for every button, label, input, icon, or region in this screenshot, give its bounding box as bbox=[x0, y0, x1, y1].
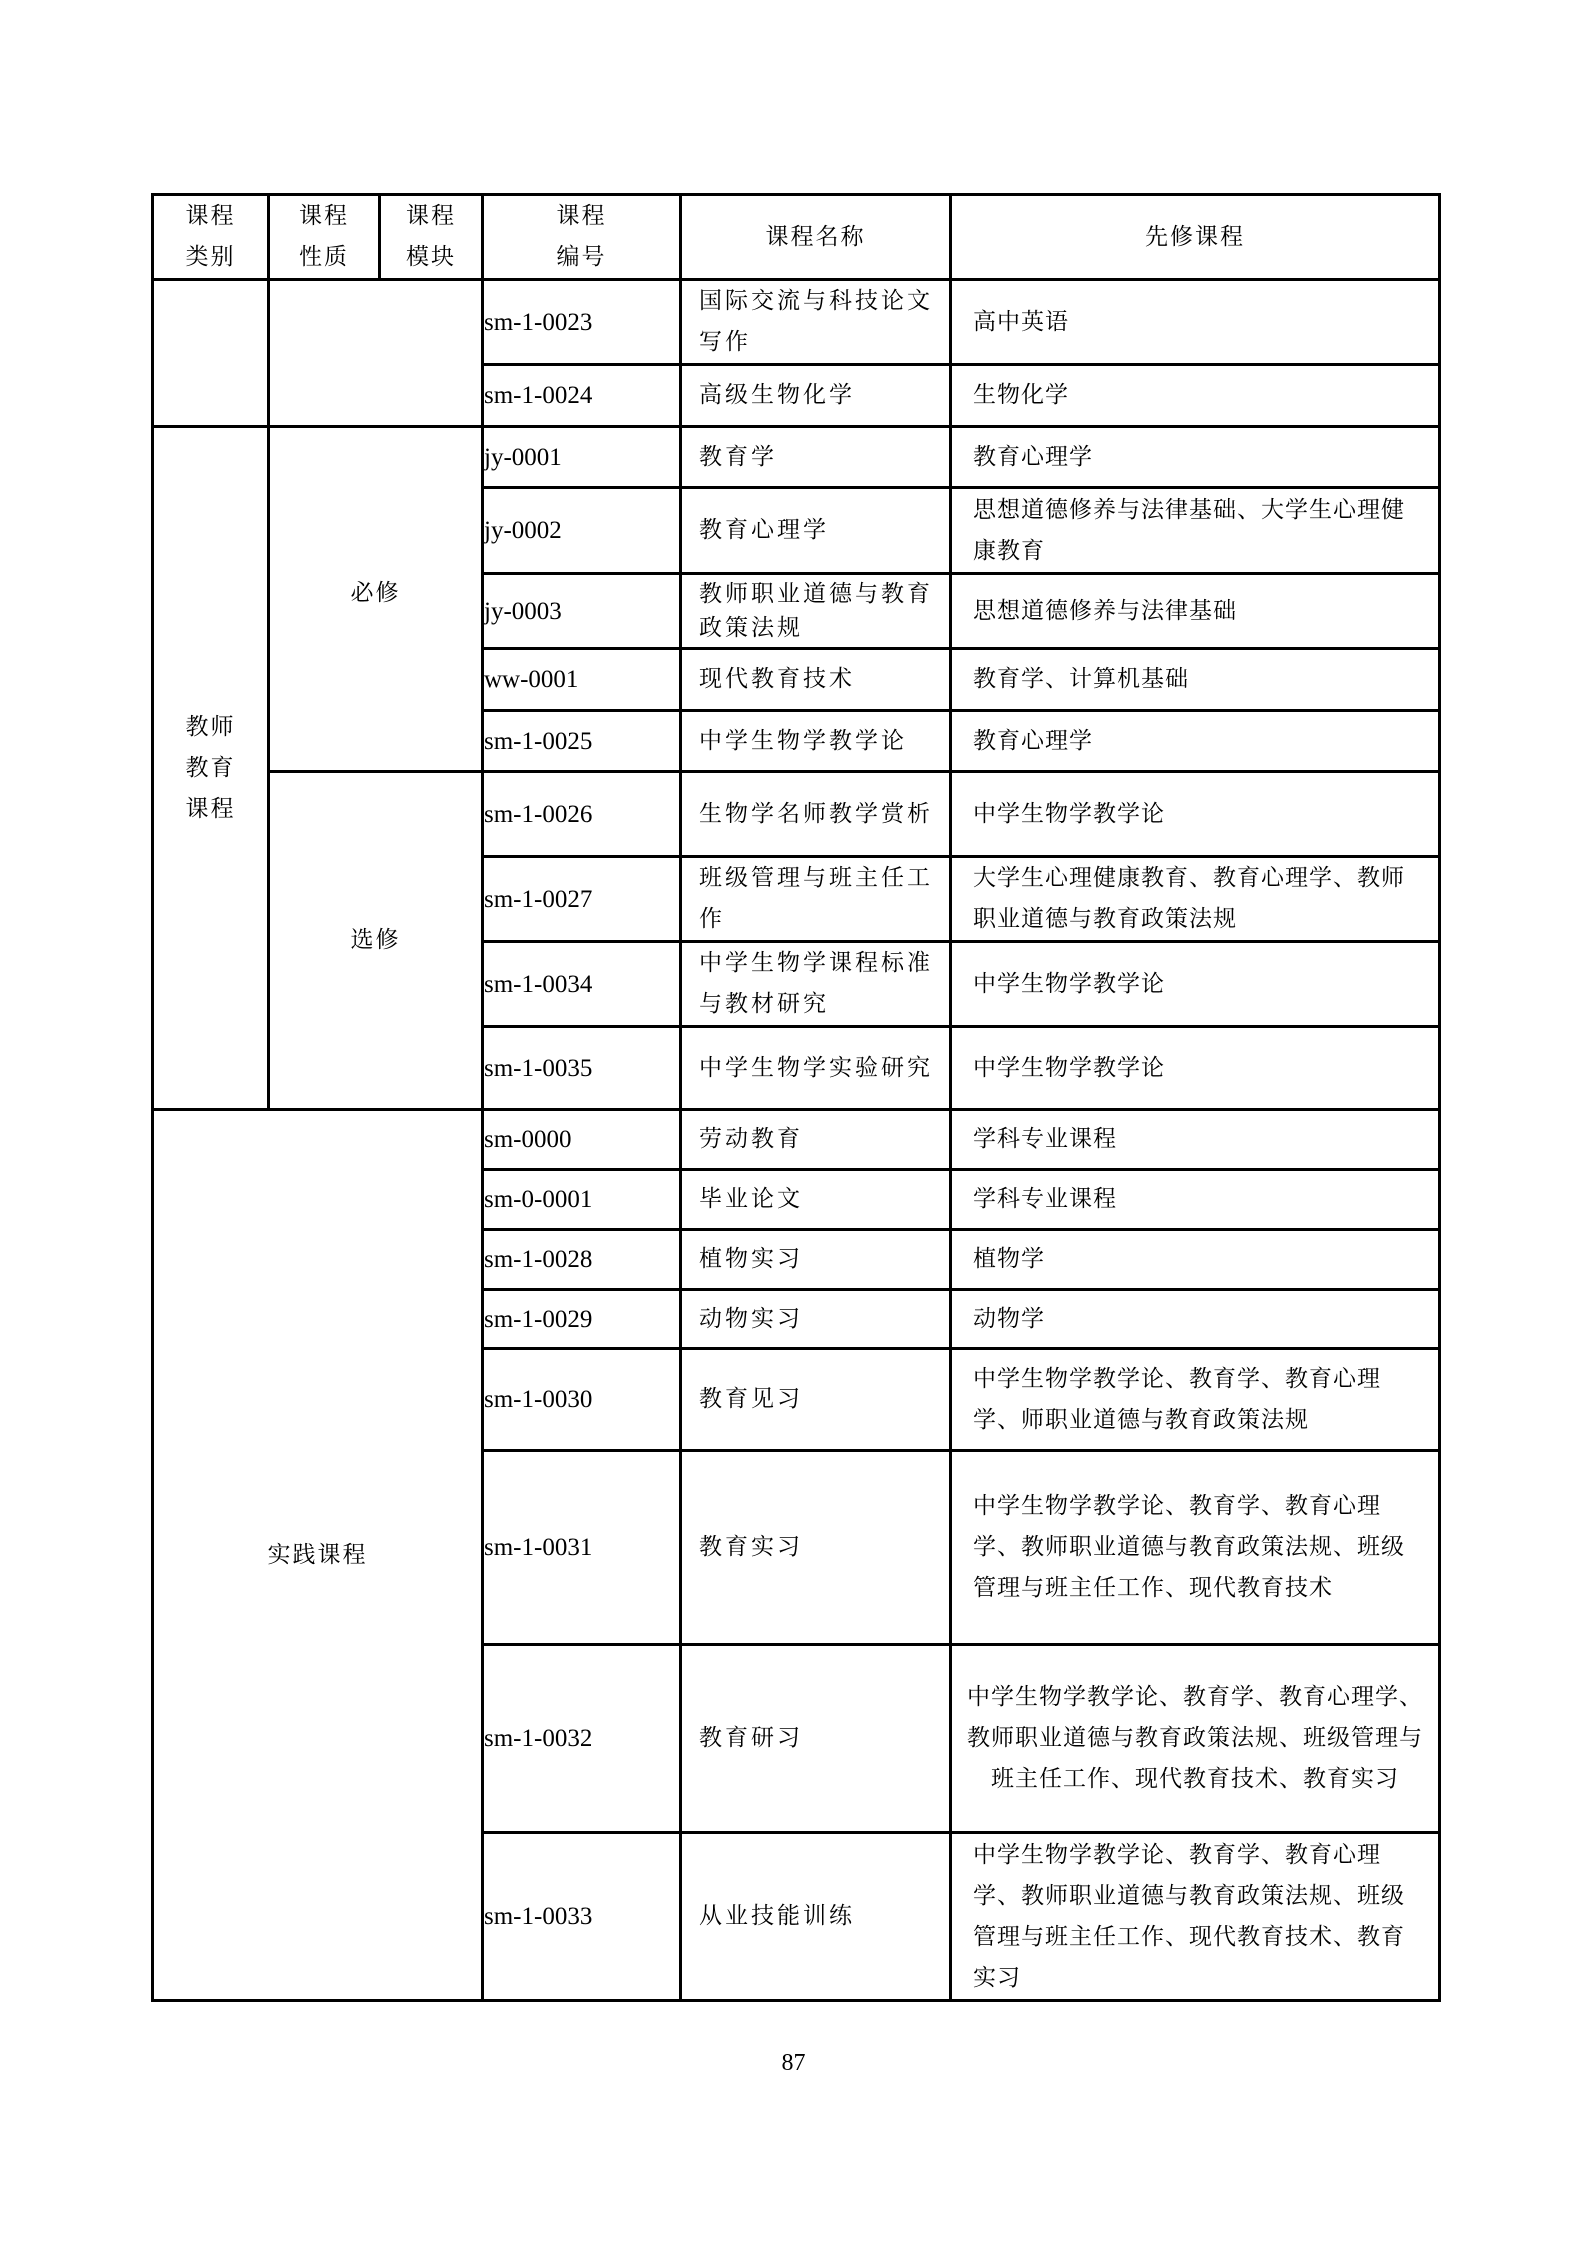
course-code: sm-0-0001 bbox=[483, 1170, 681, 1230]
course-name: 从业技能训练 bbox=[681, 1833, 951, 2001]
course-name: 教育见习 bbox=[681, 1349, 951, 1451]
course-code: sm-1-0033 bbox=[483, 1833, 681, 2001]
nature-elective: 选修 bbox=[269, 772, 483, 1110]
course-prereq: 中学生物学教学论、教育学、教育心理学、教师职业道德与教育政策法规、班级管理与班主… bbox=[951, 1451, 1440, 1645]
nature-module-cell-empty bbox=[269, 280, 483, 427]
header-module: 课程 模块 bbox=[380, 195, 483, 280]
course-code: jy-0002 bbox=[483, 488, 681, 574]
course-name: 植物实习 bbox=[681, 1230, 951, 1290]
course-prereq: 动物学 bbox=[951, 1290, 1440, 1349]
course-name: 教师职业道德与教育政策法规 bbox=[681, 574, 951, 649]
course-code: sm-1-0023 bbox=[483, 280, 681, 365]
course-code: sm-1-0025 bbox=[483, 711, 681, 772]
course-prereq: 思想道德修养与法律基础 bbox=[951, 574, 1440, 649]
course-code: sm-1-0028 bbox=[483, 1230, 681, 1290]
course-prereq: 中学生物学教学论 bbox=[951, 1027, 1440, 1110]
course-prereq: 思想道德修养与法律基础、大学生心理健康教育 bbox=[951, 488, 1440, 574]
document-page: 课程 类别 课程 性质 课程 模块 课程 编号 课程名称 先修课程 sm-1-0… bbox=[0, 0, 1587, 2245]
category-cell-empty bbox=[153, 280, 269, 427]
course-code: sm-1-0034 bbox=[483, 942, 681, 1027]
course-code: jy-0003 bbox=[483, 574, 681, 649]
header-nature: 课程 性质 bbox=[269, 195, 380, 280]
table-row: sm-1-0023 国际交流与科技论文写作 高中英语 bbox=[153, 280, 1440, 365]
table-header-row: 课程 类别 课程 性质 课程 模块 课程 编号 课程名称 先修课程 bbox=[153, 195, 1440, 280]
course-prereq: 教育学、计算机基础 bbox=[951, 649, 1440, 711]
course-prereq: 中学生物学教学论、教育学、教育心理学、师职业道德与教育政策法规 bbox=[951, 1349, 1440, 1451]
course-name: 教育心理学 bbox=[681, 488, 951, 574]
course-prereq: 高中英语 bbox=[951, 280, 1440, 365]
course-prerequisite-table: 课程 类别 课程 性质 课程 模块 课程 编号 课程名称 先修课程 sm-1-0… bbox=[151, 193, 1441, 2002]
course-prereq: 教育心理学 bbox=[951, 427, 1440, 488]
course-name: 国际交流与科技论文写作 bbox=[681, 280, 951, 365]
course-name: 教育实习 bbox=[681, 1451, 951, 1645]
course-prereq: 生物化学 bbox=[951, 365, 1440, 427]
course-name: 中学生物学教学论 bbox=[681, 711, 951, 772]
course-prereq: 中学生物学教学论 bbox=[951, 772, 1440, 857]
category-practice: 实践课程 bbox=[153, 1110, 483, 2001]
header-prereq: 先修课程 bbox=[951, 195, 1440, 280]
course-prereq: 中学生物学教学论 bbox=[951, 942, 1440, 1027]
course-name: 毕业论文 bbox=[681, 1170, 951, 1230]
table-row: 选修 sm-1-0026 生物学名师教学赏析 中学生物学教学论 bbox=[153, 772, 1440, 857]
header-category: 课程 类别 bbox=[153, 195, 269, 280]
course-name: 高级生物化学 bbox=[681, 365, 951, 427]
course-code: sm-1-0030 bbox=[483, 1349, 681, 1451]
nature-required: 必修 bbox=[269, 427, 483, 772]
course-code: sm-1-0035 bbox=[483, 1027, 681, 1110]
course-code: sm-1-0029 bbox=[483, 1290, 681, 1349]
course-name: 劳动教育 bbox=[681, 1110, 951, 1170]
course-prereq: 中学生物学教学论、教育学、教育心理学、教师职业道德与教育政策法规、班级管理与班主… bbox=[951, 1645, 1440, 1833]
course-code: sm-1-0031 bbox=[483, 1451, 681, 1645]
course-prereq: 教育心理学 bbox=[951, 711, 1440, 772]
course-name: 班级管理与班主任工作 bbox=[681, 857, 951, 942]
course-code: jy-0001 bbox=[483, 427, 681, 488]
course-code: sm-1-0027 bbox=[483, 857, 681, 942]
course-name: 生物学名师教学赏析 bbox=[681, 772, 951, 857]
table-row: 教师 教育 课程 必修 jy-0001 教育学 教育心理学 bbox=[153, 427, 1440, 488]
course-prereq: 植物学 bbox=[951, 1230, 1440, 1290]
header-code: 课程 编号 bbox=[483, 195, 681, 280]
course-name: 教育研习 bbox=[681, 1645, 951, 1833]
course-name: 中学生物学实验研究 bbox=[681, 1027, 951, 1110]
course-prereq: 学科专业课程 bbox=[951, 1170, 1440, 1230]
table-row: 实践课程 sm-0000 劳动教育 学科专业课程 bbox=[153, 1110, 1440, 1170]
course-code: sm-1-0026 bbox=[483, 772, 681, 857]
header-name: 课程名称 bbox=[681, 195, 951, 280]
course-prereq: 学科专业课程 bbox=[951, 1110, 1440, 1170]
course-code: sm-1-0024 bbox=[483, 365, 681, 427]
course-name: 现代教育技术 bbox=[681, 649, 951, 711]
course-prereq: 中学生物学教学论、教育学、教育心理学、教师职业道德与教育政策法规、班级管理与班主… bbox=[951, 1833, 1440, 2001]
course-code: ww-0001 bbox=[483, 649, 681, 711]
course-code: sm-1-0032 bbox=[483, 1645, 681, 1833]
course-name: 教育学 bbox=[681, 427, 951, 488]
course-name: 中学生物学课程标准与教材研究 bbox=[681, 942, 951, 1027]
category-teacher-education: 教师 教育 课程 bbox=[153, 427, 269, 1110]
course-code: sm-0000 bbox=[483, 1110, 681, 1170]
page-number: 87 bbox=[0, 2050, 1587, 2077]
course-name: 动物实习 bbox=[681, 1290, 951, 1349]
course-prereq: 大学生心理健康教育、教育心理学、教师职业道德与教育政策法规 bbox=[951, 857, 1440, 942]
